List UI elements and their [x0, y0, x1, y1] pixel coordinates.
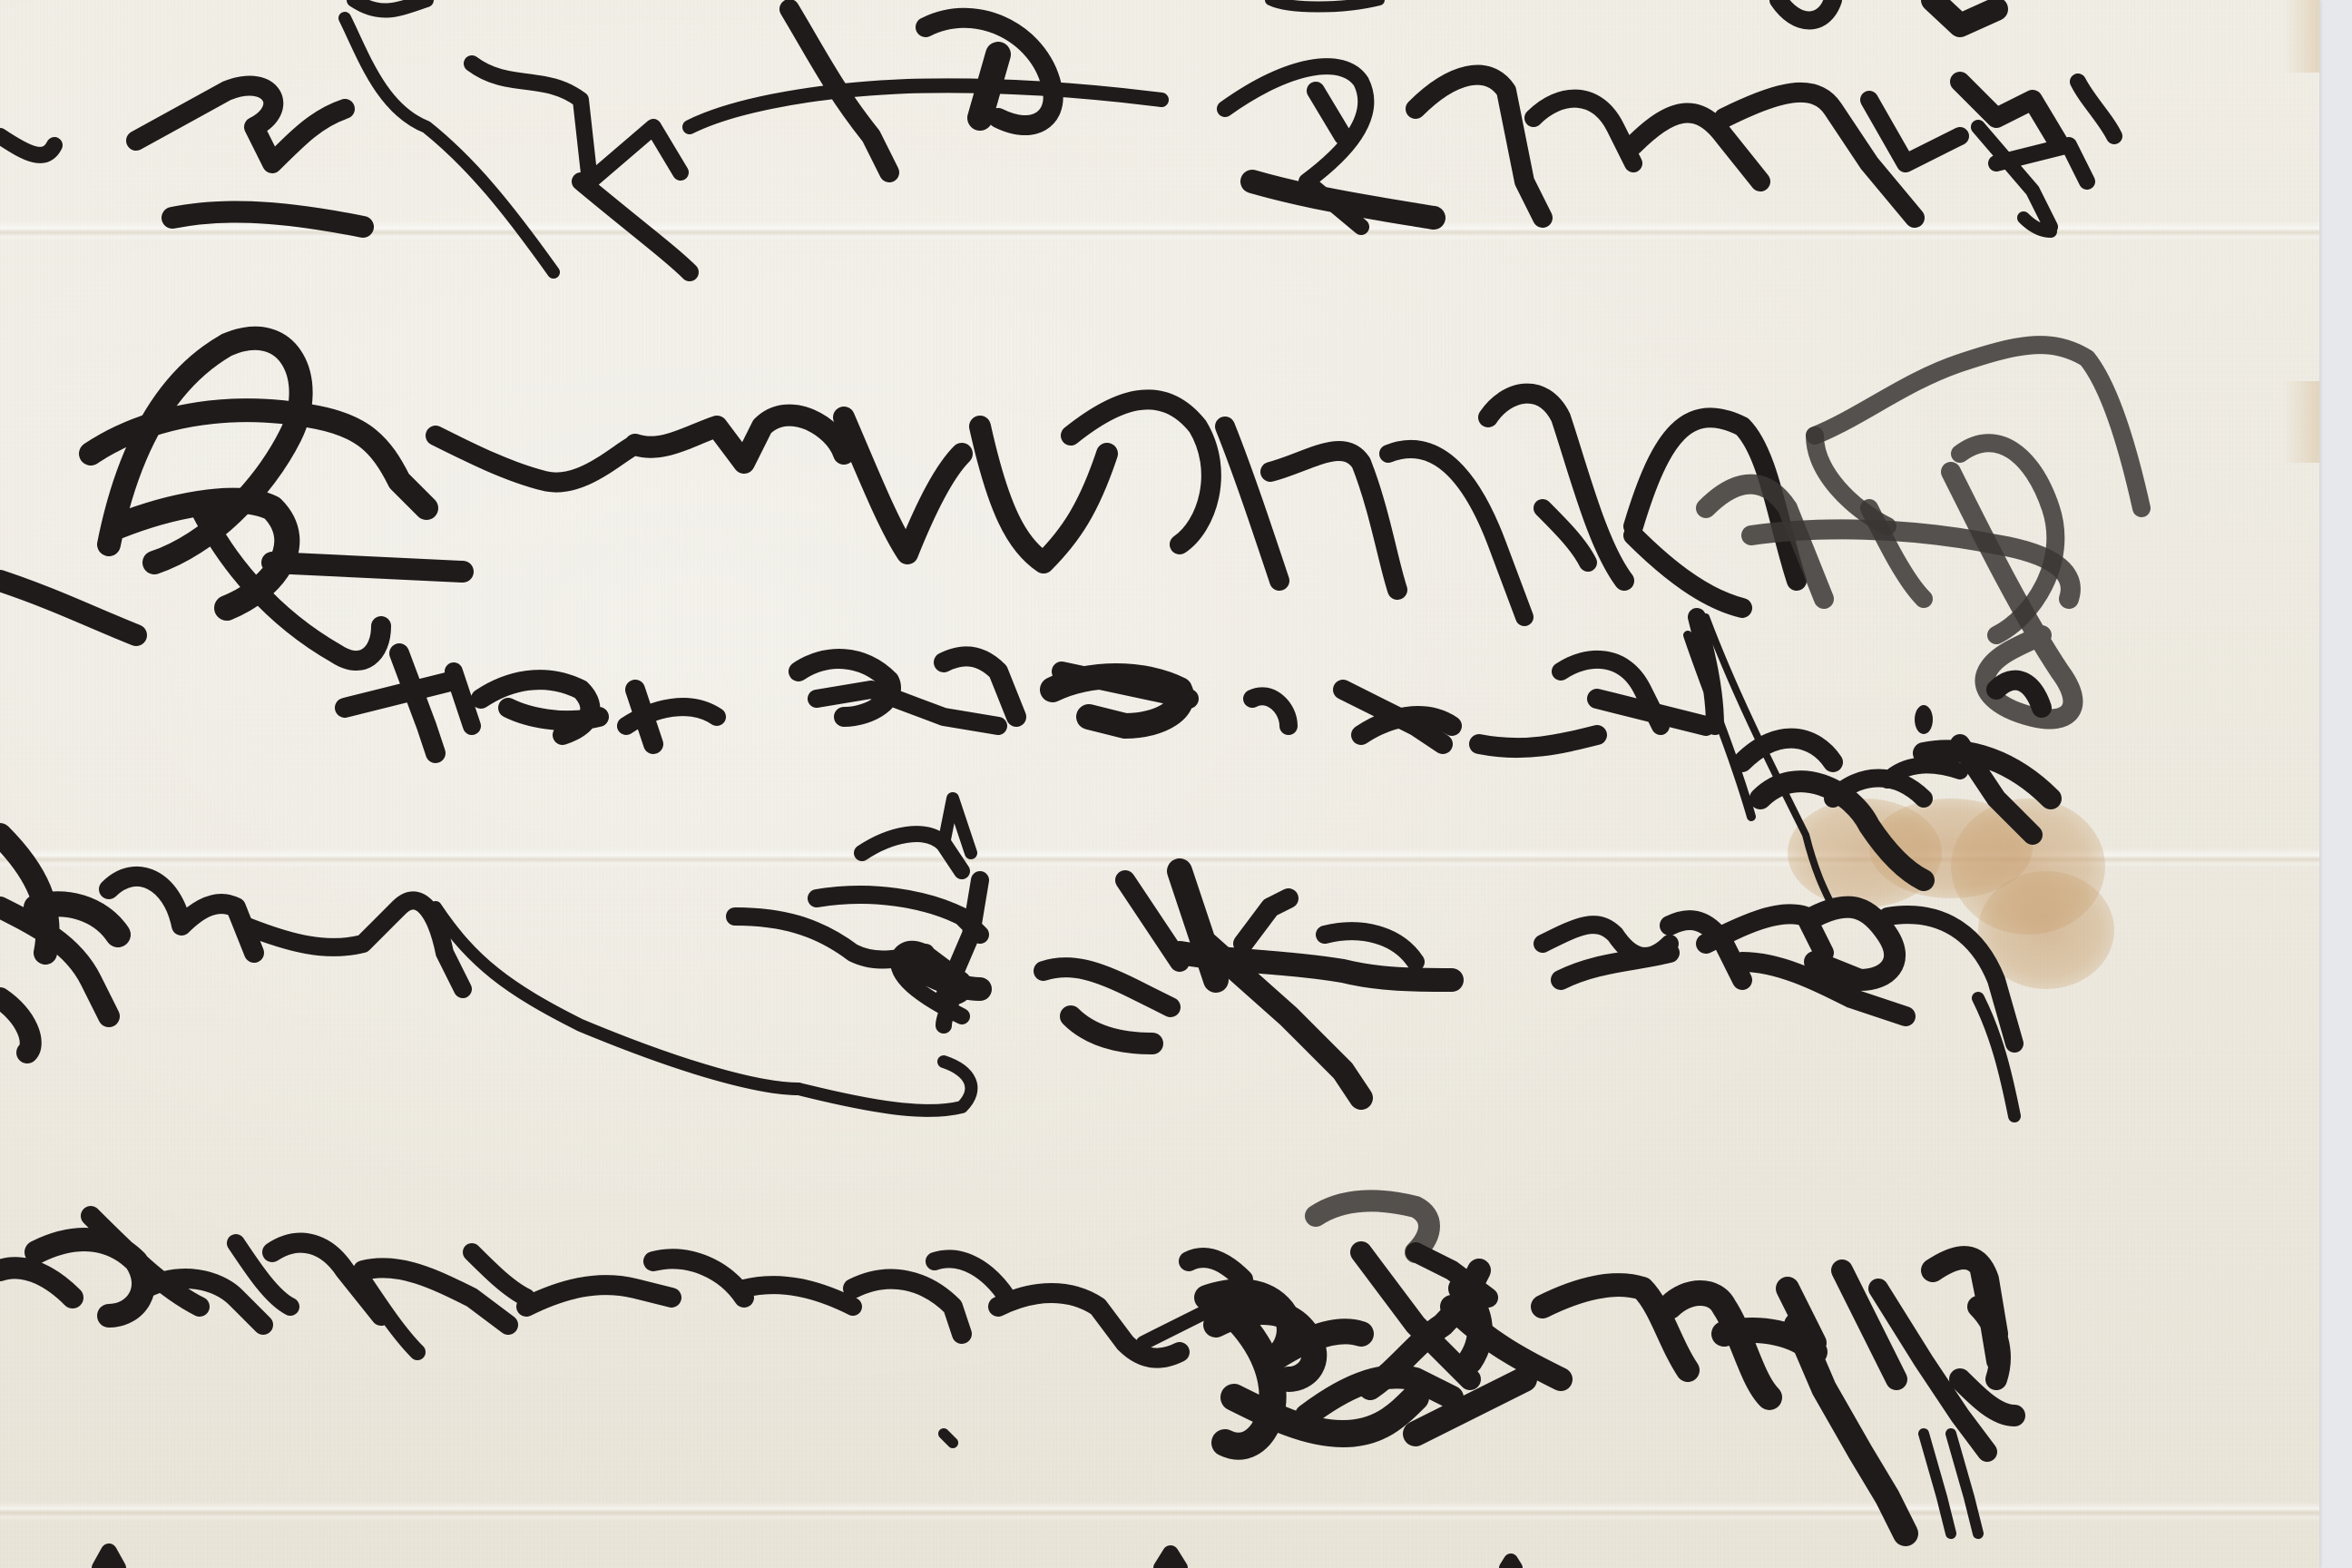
- script-line-2: [0, 338, 2141, 720]
- script-line-1: [0, 9, 2114, 272]
- script-line-5: [0, 1200, 2014, 1534]
- ink-dot: [1915, 705, 1933, 734]
- calligraphy-ink-layer: [0, 0, 2352, 1568]
- script-line-0: [354, 0, 1996, 25]
- script-line-3: [345, 617, 2051, 907]
- script-line-6: [100, 1434, 1978, 1568]
- script-line-4: [0, 799, 2014, 1116]
